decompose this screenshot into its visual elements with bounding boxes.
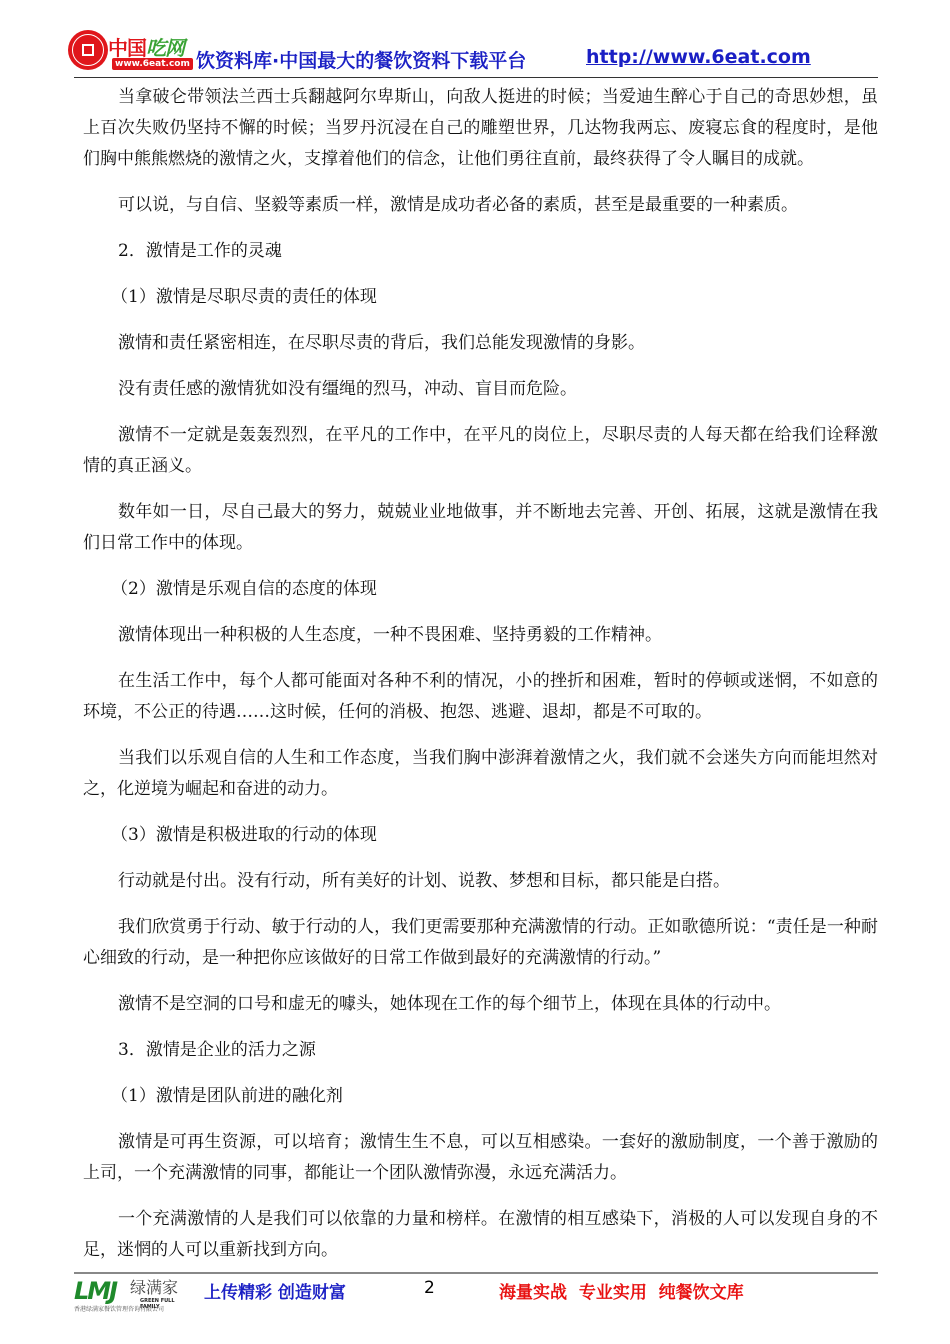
footer-logo[interactable]: LMJ 绿满家 GREEN FULL FAMILY 香港绿满家餐饮管理咨询有限公… [74, 1278, 194, 1316]
header-divider [74, 77, 878, 78]
paragraph: 激情和责任紧密相连，在尽职尽责的背后，我们总能发现激情的身影。 [83, 328, 878, 359]
page-number: 2 [424, 1278, 435, 1298]
paragraph: 当我们以乐观自信的人生和工作态度，当我们胸中澎湃着激情之火，我们就不会迷失方向而… [83, 743, 878, 805]
document-body: 当拿破仑带领法兰西士兵翻越阿尔卑斯山，向敌人挺进的时候；当爱迪生醉心于自己的奇思… [83, 82, 878, 1266]
subsection-heading: （1）激情是尽职尽责的责任的体现 [83, 282, 878, 313]
site-logo[interactable]: 中国吃网 www.6eat.com [68, 28, 198, 74]
paragraph: 激情体现出一种积极的人生态度，一种不畏困难、坚持勇毅的工作精神。 [83, 620, 878, 651]
header-title: 饮资料库·中国最大的餐饮资料下载平台 [196, 46, 526, 73]
paragraph: 激情是可再生资源，可以培育；激情生生不息，可以互相感染。一套好的激励制度，一个善… [83, 1127, 878, 1189]
paragraph: 当拿破仑带领法兰西士兵翻越阿尔卑斯山，向敌人挺进的时候；当爱迪生醉心于自己的奇思… [83, 82, 878, 175]
paragraph: 行动就是付出。没有行动，所有美好的计划、说教、梦想和目标，都只能是白搭。 [83, 866, 878, 897]
page-header: 中国吃网 www.6eat.com 饮资料库·中国最大的餐饮资料下载平台 htt… [68, 28, 878, 76]
subsection-heading: （2）激情是乐观自信的态度的体现 [83, 574, 878, 605]
logo-wordmark: 中国吃网 [108, 32, 184, 61]
subsection-heading: （3）激情是积极进取的行动的体现 [83, 820, 878, 851]
footer-divider [74, 1272, 878, 1274]
paragraph: 激情不是空洞的口号和虚无的噱头，她体现在工作的每个细节上，体现在具体的行动中。 [83, 989, 878, 1020]
paragraph: 我们欣赏勇于行动、敏于行动的人，我们更需要那种充满激情的行动。正如歌德所说：“责… [83, 912, 878, 974]
coin-logo-icon [68, 30, 108, 70]
paragraph: 数年如一日，尽自己最大的努力，兢兢业业地做事，并不断地去完善、开创、拓展，这就是… [83, 497, 878, 559]
lmj-company-name: 香港绿满家餐饮管理咨询有限公司 [74, 1306, 164, 1314]
paragraph: 没有责任感的激情犹如没有缰绳的烈马，冲动、盲目而危险。 [83, 374, 878, 405]
lmj-logo-mark: LMJ [74, 1278, 116, 1304]
logo-url-badge: www.6eat.com [112, 58, 193, 70]
footer-slogan-right: 海量实战 专业实用 纯餐饮文库 [499, 1278, 744, 1303]
paragraph: 一个充满激情的人是我们可以依靠的力量和榜样。在激情的相互感染下，消极的人可以发现… [83, 1204, 878, 1266]
paragraph: 可以说，与自信、坚毅等素质一样，激情是成功者必备的素质，甚至是最重要的一种素质。 [83, 190, 878, 221]
footer-slogan-left: 上传精彩 创造财富 [204, 1278, 346, 1303]
subsection-heading: （1）激情是团队前进的融化剂 [83, 1081, 878, 1112]
section-heading: 3．激情是企业的活力之源 [83, 1035, 878, 1066]
paragraph: 在生活工作中，每个人都可能面对各种不利的情况，小的挫折和困难，暂时的停顿或迷惘，… [83, 666, 878, 728]
lmj-logo-name: 绿满家 [130, 1278, 178, 1298]
paragraph: 激情不一定就是轰轰烈烈，在平凡的工作中，在平凡的岗位上，尽职尽责的人每天都在给我… [83, 420, 878, 482]
section-heading: 2．激情是工作的灵魂 [83, 236, 878, 267]
header-url-link[interactable]: http://www.6eat.com [586, 46, 811, 68]
